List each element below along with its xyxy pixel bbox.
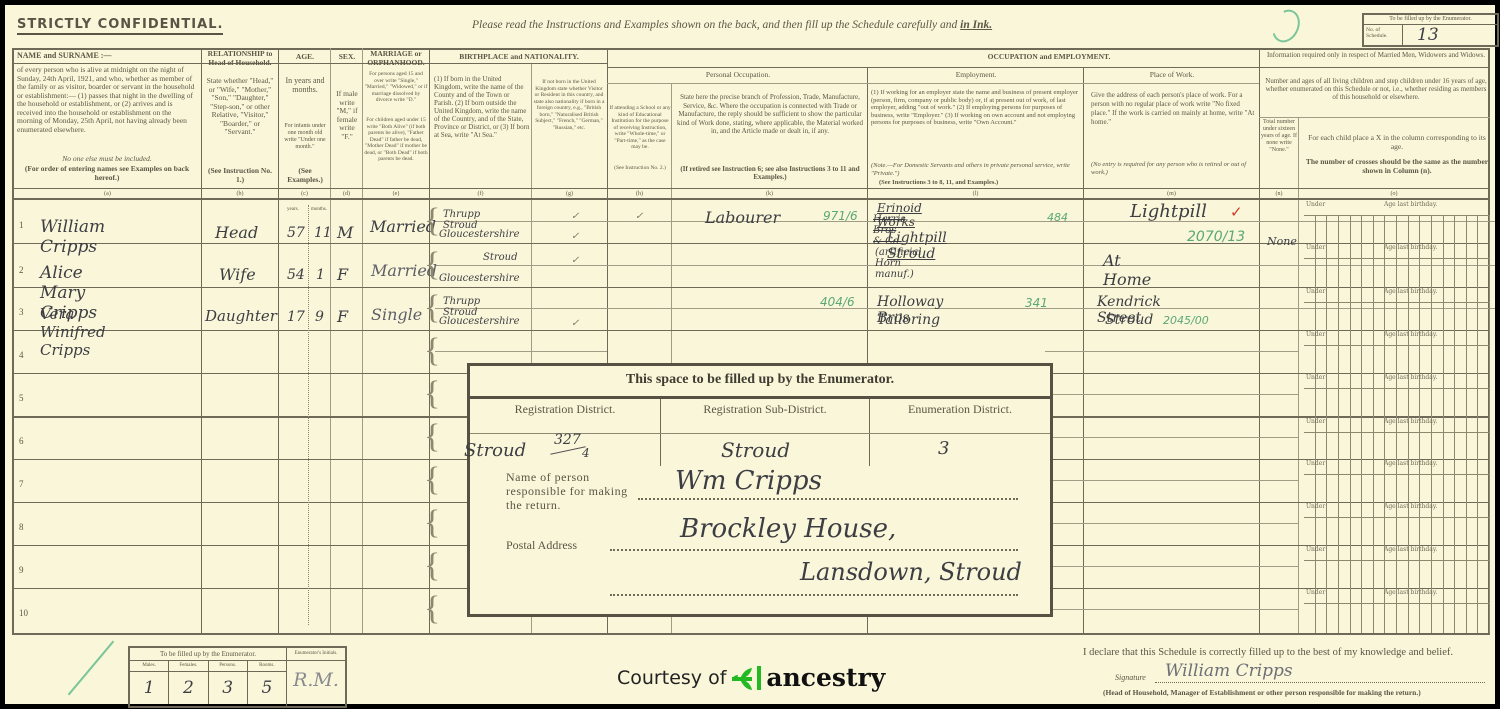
occupation: Labourer <box>705 208 780 227</box>
personal-occupation-title: Personal Occupation. <box>609 71 867 80</box>
person-name: Vera Winifred Cripps <box>40 305 106 359</box>
place-of-work-title: Place of Work. <box>1085 71 1259 80</box>
relationship: Daughter <box>205 307 277 325</box>
sex: F <box>337 265 348 284</box>
census-schedule-page: STRICTLY CONFIDENTIAL. Please read the I… <box>5 5 1495 704</box>
marital-status: Single <box>371 305 422 324</box>
col-d-title: SEX. <box>332 53 362 62</box>
enumeration-district-value: 3 <box>938 438 949 459</box>
col-a-body: of every person who is alive at midnight… <box>17 66 197 134</box>
col-c-title: AGE. <box>280 53 330 62</box>
place-of-work: At Home <box>1103 251 1151 289</box>
age-years: 54 <box>287 267 305 283</box>
registration-district-value: Stroud <box>464 440 526 461</box>
red-check-icon: ✓ <box>1230 203 1243 221</box>
registration-subdistrict-value: Stroud <box>721 438 790 462</box>
green-pencil-mark <box>68 641 115 696</box>
persons-count: 3 <box>209 672 248 704</box>
enumerator-box: This space to be filled up by the Enumer… <box>467 363 1053 617</box>
age-grid-row-10: UnderAge last birthday. <box>1304 589 1490 633</box>
enumerator-tally-box: To be filled up by the Enumerator. Males… <box>128 646 347 708</box>
confidential-heading: STRICTLY CONFIDENTIAL. <box>17 17 223 35</box>
age-years: 17 <box>287 309 305 325</box>
postal-address-line-2: Lansdown, Stroud <box>800 558 1022 586</box>
enumerator-initials: R.M. <box>287 661 345 699</box>
females-count: 2 <box>169 672 208 704</box>
postal-address-line-1: Brockley House, <box>680 514 896 544</box>
sex: M <box>337 223 353 242</box>
signature-value: William Cripps <box>1165 661 1293 681</box>
col-e-title: MARRIAGE or ORPHANHOOD. <box>364 50 428 67</box>
schedule-number-box: To be filled up by the Enumerator. No. o… <box>1362 13 1499 47</box>
place-of-work: Lightpill <box>1130 201 1207 222</box>
males-count: 1 <box>130 672 169 704</box>
responsible-person-value: Wm Cripps <box>675 466 822 496</box>
ancestry-leaf-icon <box>730 665 764 691</box>
rooms-count: 5 <box>248 672 286 704</box>
age-months: 11 <box>314 225 332 241</box>
age-years: 57 <box>287 225 305 241</box>
col-b-title: RELATIONSHIP to Head of Household. <box>203 50 277 67</box>
declaration-text: I declare that this Schedule is correctl… <box>1083 647 1453 658</box>
ancestry-courtesy-logo: Courtesy of ancestry <box>617 663 885 692</box>
schedule-number-value: 13 <box>1403 25 1439 45</box>
col-a-title: NAME and SURNAME :— <box>17 52 199 61</box>
relationship: Wife <box>219 265 256 284</box>
children-total: None <box>1267 235 1297 248</box>
age-months: 9 <box>315 309 324 325</box>
married-group-title: Information required only in respect of … <box>1263 51 1489 60</box>
employment-title: Employment. <box>869 71 1083 80</box>
green-pencil-mark <box>1267 5 1305 47</box>
instructions-line: Please read the Instructions and Example… <box>472 19 992 31</box>
age-months: 1 <box>316 267 325 283</box>
table-left-border <box>12 48 14 635</box>
birthplace-group-title: BIRTHPLACE and NATIONALITY. <box>431 53 607 62</box>
sex: F <box>337 307 348 326</box>
person-name: William Cripps <box>40 217 105 257</box>
table-bottom-border <box>12 633 1490 635</box>
relationship: Head <box>215 223 258 242</box>
